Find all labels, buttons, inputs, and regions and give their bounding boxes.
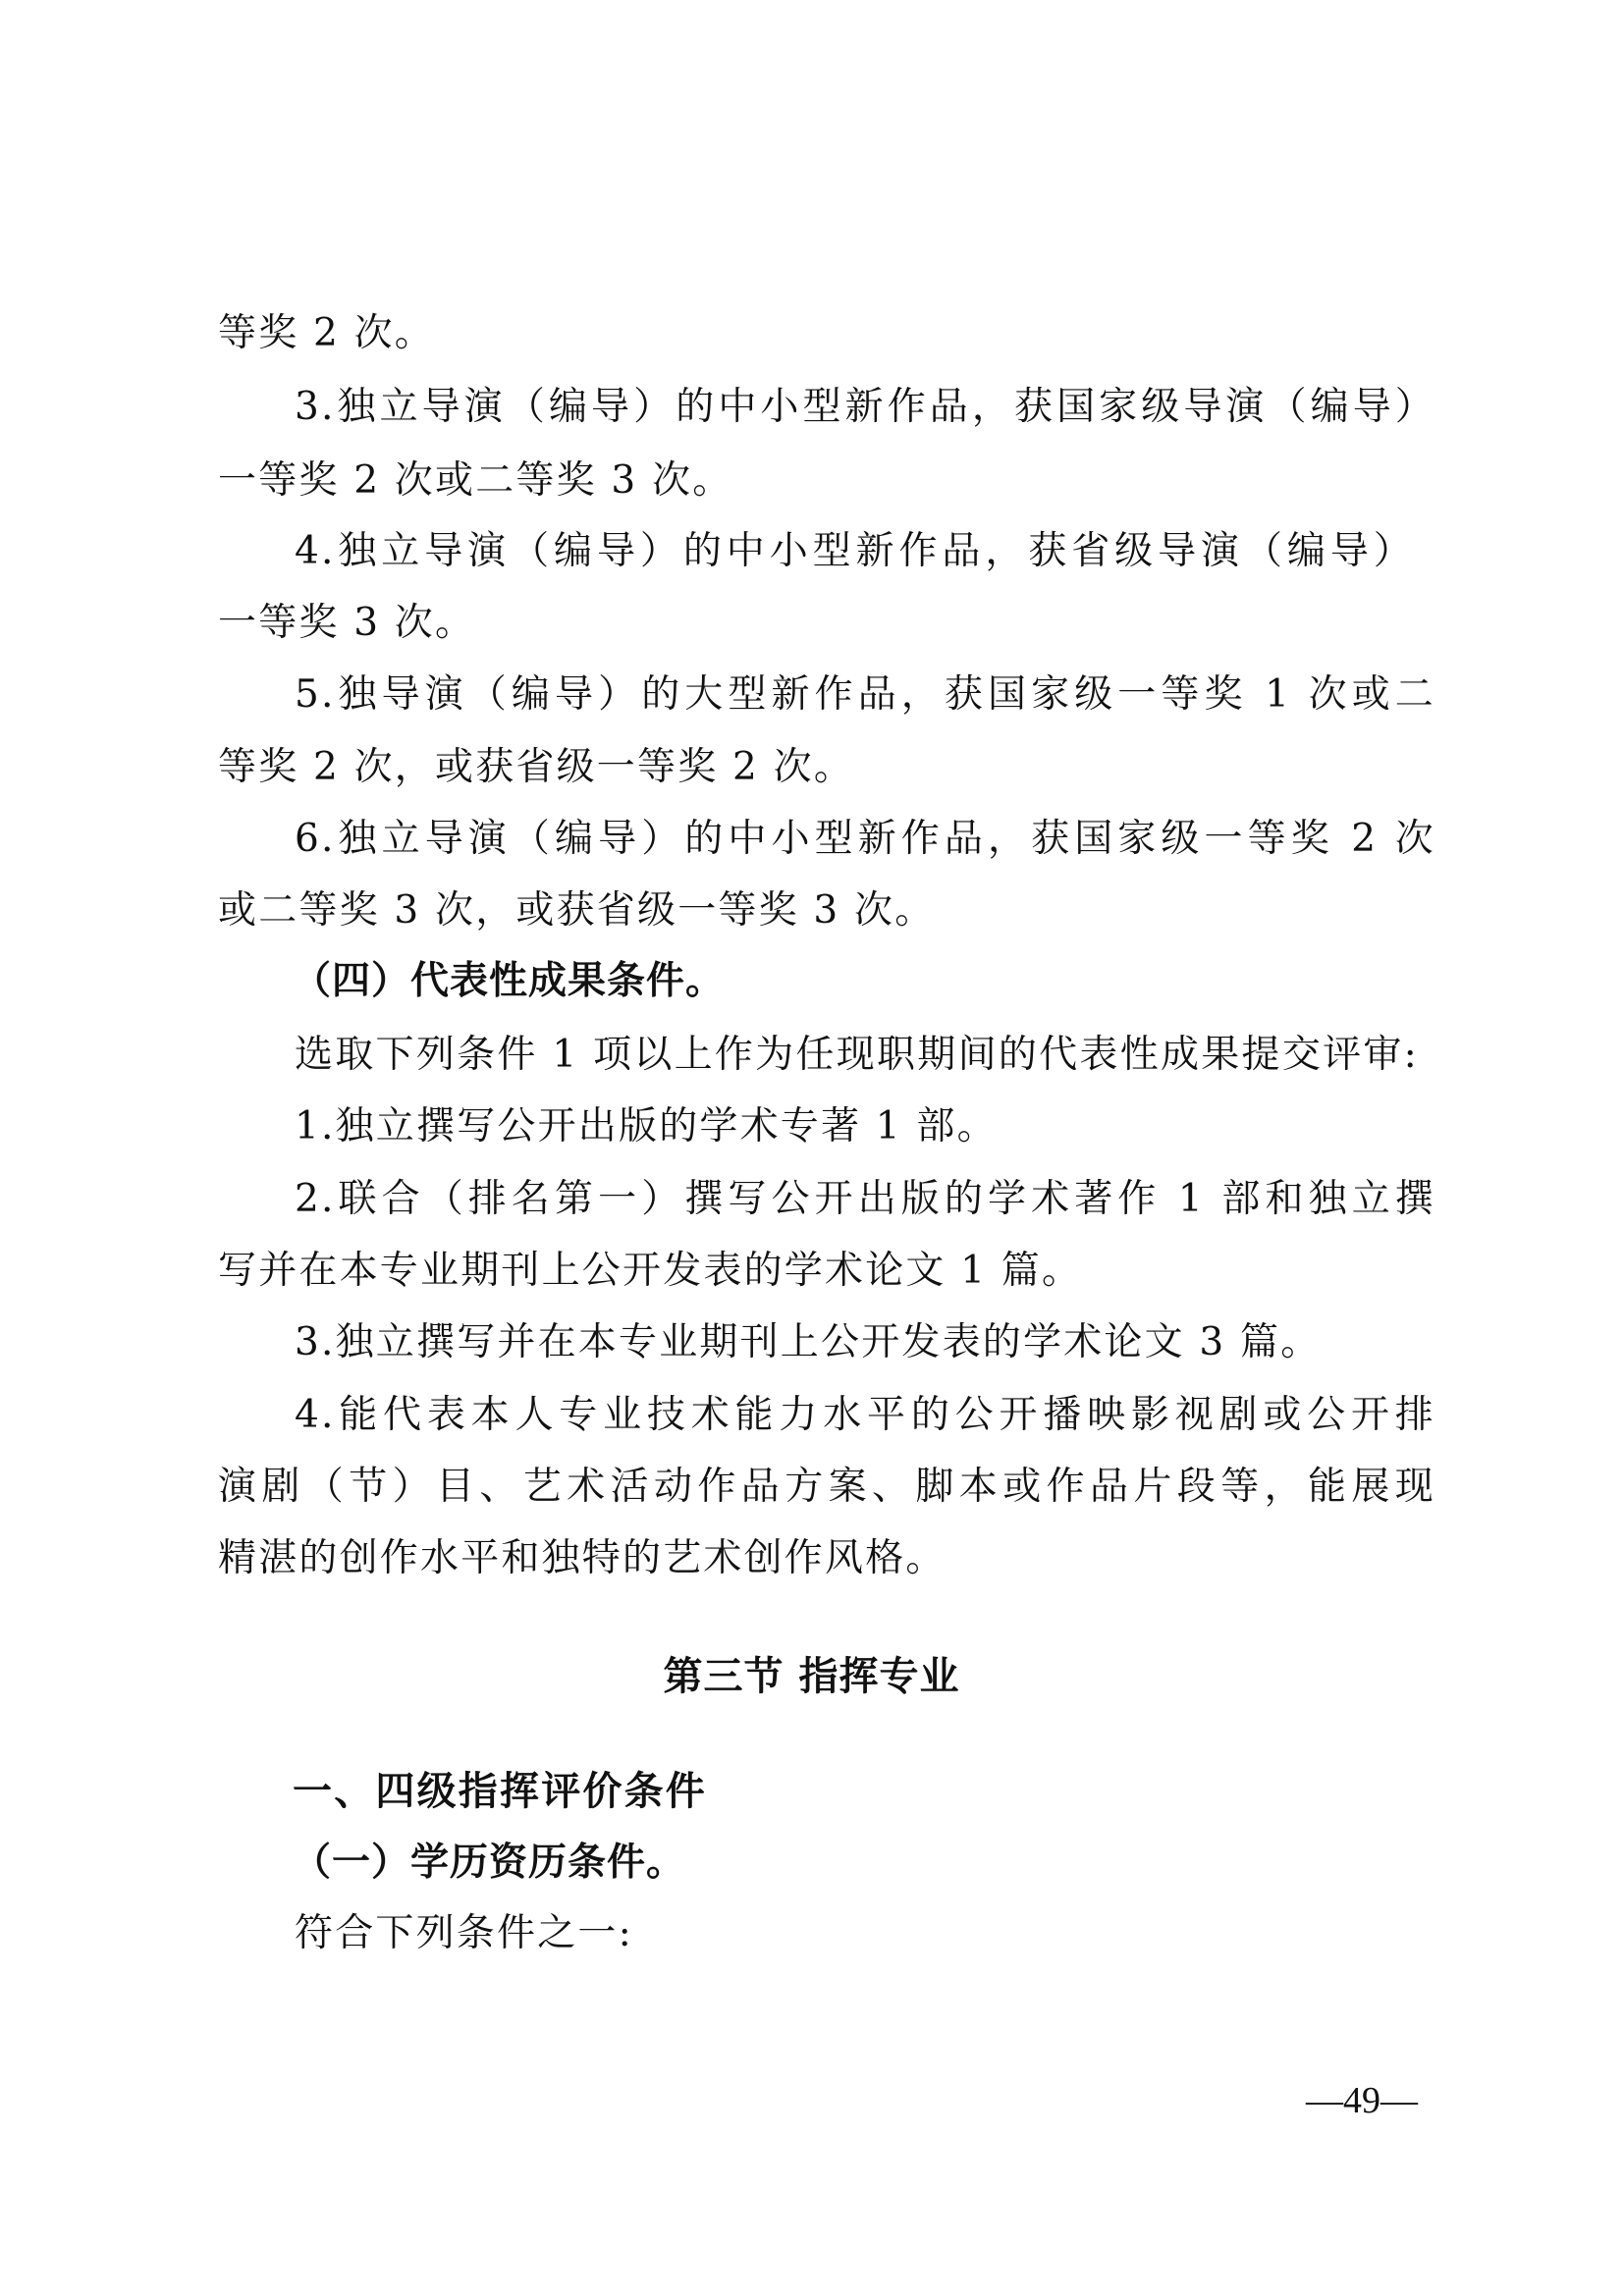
intro-selection-text: 选取下列条件 1 项以上作为任现职期间的代表性成果提交评审: <box>295 1031 1419 1080</box>
conditions-intro-text: 符合下列条件之一: <box>295 1909 1512 1958</box>
section-title: 第三节 指挥专业 <box>0 1652 1623 1701</box>
list-item-6-line-2: 或二等奖 3 次，或获省级一等奖 3 次。 <box>218 886 1435 935</box>
list-item-3-line-2: 一等奖 2 次或二等奖 3 次。 <box>218 456 1435 506</box>
page-number: —49— <box>1306 2079 1418 2122</box>
list-item-4-line-2: 一等奖 3 次。 <box>218 599 1435 648</box>
list-item-5-line-1: 5.独导演（编导）的大型新作品，获国家级一等奖 1 次或二 <box>295 670 1435 720</box>
achievement-item-3: 3.独立撰写并在本专业期刊上公开发表的学术论文 3 篇。 <box>295 1318 1512 1367</box>
achievement-item-2-line-2: 写并在本专业期刊上公开发表的学术论文 1 篇。 <box>218 1247 1435 1296</box>
paragraph-continuation-line: 等奖 2 次。 <box>218 309 1435 358</box>
list-item-4-line-1: 4.独立导演（编导）的中小型新作品，获省级导演（编导） <box>295 527 1414 576</box>
achievement-item-4-line-3: 精湛的创作水平和独特的艺术创作风格。 <box>218 1534 1435 1583</box>
list-item-3-line-1: 3.独立导演（编导）的中小型新作品，获国家级导演（编导） <box>295 383 1435 432</box>
achievement-item-4-line-1: 4.能代表本人专业技术能力水平的公开播映影视剧或公开排 <box>295 1391 1435 1440</box>
heading-level-2: （一）学历资历条件。 <box>293 1839 1510 1888</box>
achievement-item-4-line-2: 演剧（节）目、艺术活动作品方案、脚本或作品片段等，能展现 <box>218 1463 1435 1512</box>
achievement-item-1: 1.独立撰写公开出版的学术专著 1 部。 <box>295 1102 1512 1151</box>
document-page: 等奖 2 次。 3.独立导演（编导）的中小型新作品，获国家级导演（编导） 一等奖… <box>0 0 1623 2296</box>
list-item-5-line-2: 等奖 2 次，或获省级一等奖 2 次。 <box>218 743 1435 792</box>
subheading-representative-achievements: （四）代表性成果条件。 <box>293 957 1510 1006</box>
list-item-6-line-1: 6.独立导演（编导）的中小型新作品，获国家级一等奖 2 次 <box>295 815 1435 864</box>
heading-level-1: 一、四级指挥评价条件 <box>293 1767 1510 1816</box>
achievement-item-2-line-1: 2.联合（排名第一）撰写公开出版的学术著作 1 部和独立撰 <box>295 1175 1435 1224</box>
